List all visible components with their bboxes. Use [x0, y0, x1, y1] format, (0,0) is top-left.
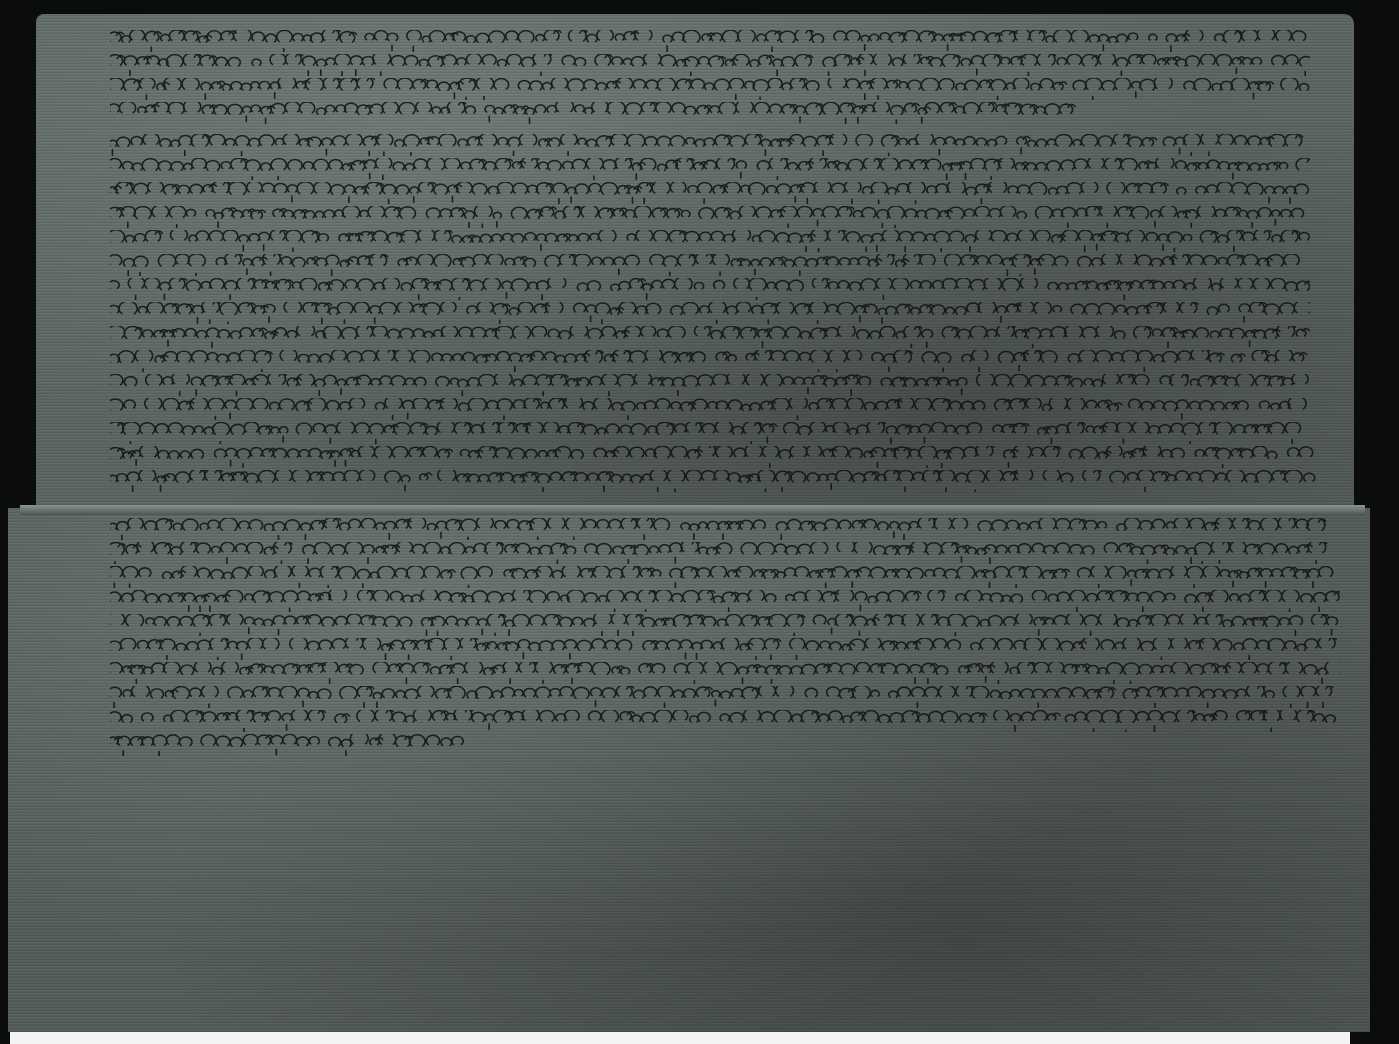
document-type: Burmese palm/parabaik manuscript (handwr…	[0, 0, 1, 1]
manuscript-line	[110, 134, 1310, 156]
manuscript-line	[110, 638, 1340, 660]
manuscript-line	[110, 734, 470, 756]
manuscript-line	[110, 686, 1340, 708]
manuscript-line	[110, 374, 1310, 396]
manuscript-line	[110, 158, 1310, 180]
manuscript-line	[110, 30, 1310, 52]
fold-crease	[20, 505, 1365, 515]
manuscript-line	[110, 54, 1310, 76]
manuscript-line	[110, 302, 1310, 324]
manuscript-line	[110, 566, 1340, 588]
manuscript-line	[110, 254, 1310, 276]
document-notes: Handwritten text is not legibly transcri…	[0, 0, 1, 1]
manuscript-line	[110, 278, 1310, 300]
bottom-edge	[10, 1032, 1350, 1044]
manuscript-line	[110, 662, 1340, 684]
manuscript-line	[110, 102, 1080, 124]
manuscript-line	[110, 206, 1310, 228]
manuscript-line	[110, 182, 1310, 204]
manuscript-line	[110, 518, 1330, 540]
manuscript-line	[110, 542, 1330, 564]
manuscript-line	[110, 422, 1310, 444]
manuscript-line	[110, 446, 1320, 468]
manuscript-line	[110, 230, 1310, 252]
manuscript-line	[110, 470, 1320, 492]
manuscript-line	[110, 326, 1310, 348]
manuscript-line	[110, 710, 1340, 732]
manuscript-line	[110, 614, 1340, 636]
manuscript-line	[110, 350, 1310, 372]
manuscript-line	[110, 78, 1310, 100]
manuscript-line	[110, 398, 1310, 420]
manuscript-line	[110, 590, 1340, 612]
